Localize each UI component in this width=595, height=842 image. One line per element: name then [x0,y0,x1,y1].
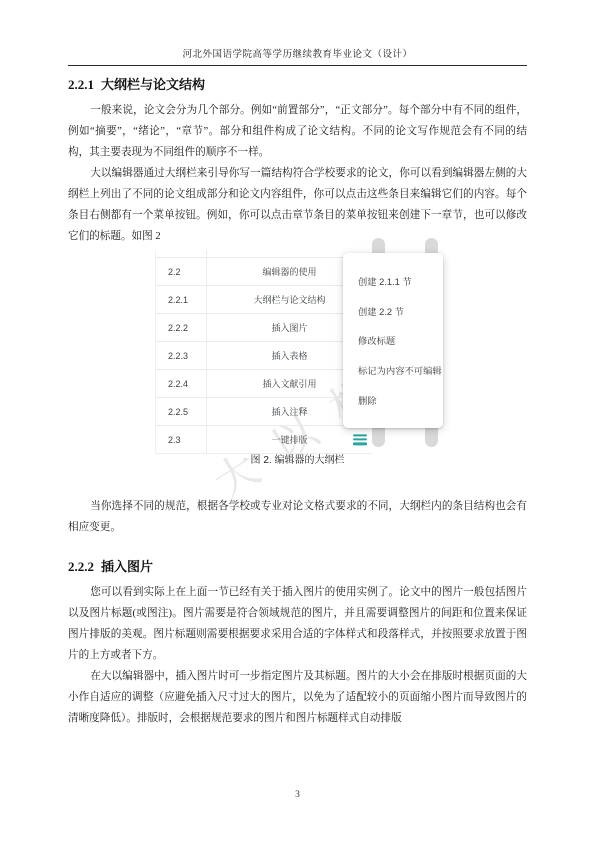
menu-item-create-section[interactable]: 创建 2.2 节 [343,304,443,318]
figure-caption: 图 2. 编辑器的大纲栏 [68,451,527,466]
row-context-menu: 创建 2.1.1 节 创建 2.2 节 修改标题 标记为内容不可编辑 删除 [343,253,443,428]
outline-row[interactable]: 2.2.5 插入注释 [156,397,372,425]
outline-row[interactable]: 2.2.1 大纲栏与论文结构 [156,285,372,313]
header-title: 河北外国语学院高等学历继续教育毕业论文（设计） [182,50,412,60]
outline-row[interactable]: 2.2 编辑器的使用 [156,257,372,285]
page-number: 3 [0,790,595,800]
section-title: 大纲栏与论文结构 [101,77,205,92]
outline-row-title: 一键排版 [271,433,307,446]
figure-editor-outline-screenshot: 大以机 2.2 编辑器的使用 2.2.1 大纲栏与论文结构 2.2.2 [68,250,527,466]
paragraph: 当你选择不同的规范，根据各学校或专业对论文格式要求的不同，大纲栏内的条目结构也会… [68,496,527,538]
menu-item-create-subsection[interactable]: 创建 2.1.1 节 [343,274,443,288]
document-page: 河北外国语学院高等学历继续教育毕业论文（设计） 2.2.1大纲栏与论文结构 一般… [0,0,595,842]
paragraph: 在大以编辑器中，插入图片时可一步指定图片及其标题。图片的大小会在排版时根据页面的… [68,666,527,729]
page-content: 2.2.1大纲栏与论文结构 一般来说，论文会分为几个部分。例如“前置部分”，“正… [68,70,527,729]
menu-item-mark-readonly[interactable]: 标记为内容不可编辑 [343,363,443,377]
outline-row-number: 2.2.1 [156,286,207,313]
outline-row-number: 2.2.5 [156,398,207,425]
outline-row-partial [156,250,372,257]
outline-row-number: 2.2.2 [156,314,207,341]
outline-row[interactable]: 2.2.2 插入图片 [156,313,372,341]
outline-row-number: 2.2.3 [156,342,207,369]
outline-row[interactable]: 2.3 一键排版 [156,425,372,453]
section-number: 2.2.2 [68,559,94,574]
section-title: 插入图片 [101,559,153,574]
section-heading-222: 2.2.2插入图片 [68,556,527,575]
outline-row-number: 2.3 [156,426,207,453]
paragraph: 您可以看到实际上在上面一节已经有关于插入图片的使用实例了。论文中的图片一般包括图… [68,582,527,666]
outline-row-number: 2.2 [156,258,207,285]
menu-item-delete[interactable]: 删除 [343,393,443,407]
section-number: 2.2.1 [68,77,94,92]
list-menu-icon[interactable] [353,434,367,445]
menu-item-rename[interactable]: 修改标题 [343,333,443,347]
outline-panel: 2.2 编辑器的使用 2.2.1 大纲栏与论文结构 2.2.2 插入图片 2.2… [155,250,372,454]
outline-row[interactable]: 2.2.3 插入表格 [156,341,372,369]
outline-row[interactable]: 2.2.4 插入文献引用 [156,369,372,397]
section-heading-221: 2.2.1大纲栏与论文结构 [68,74,527,93]
paragraph: 一般来说，论文会分为几个部分。例如“前置部分”，“正文部分”。每个部分中有不同的… [68,100,527,163]
running-header: 河北外国语学院高等学历继续教育毕业论文（设计） [68,46,527,66]
paragraph: 大以编辑器通过大纲栏来引导你写一篇结构符合学校要求的论文，你可以看到编辑器左侧的… [68,163,527,247]
outline-row-number: 2.2.4 [156,370,207,397]
